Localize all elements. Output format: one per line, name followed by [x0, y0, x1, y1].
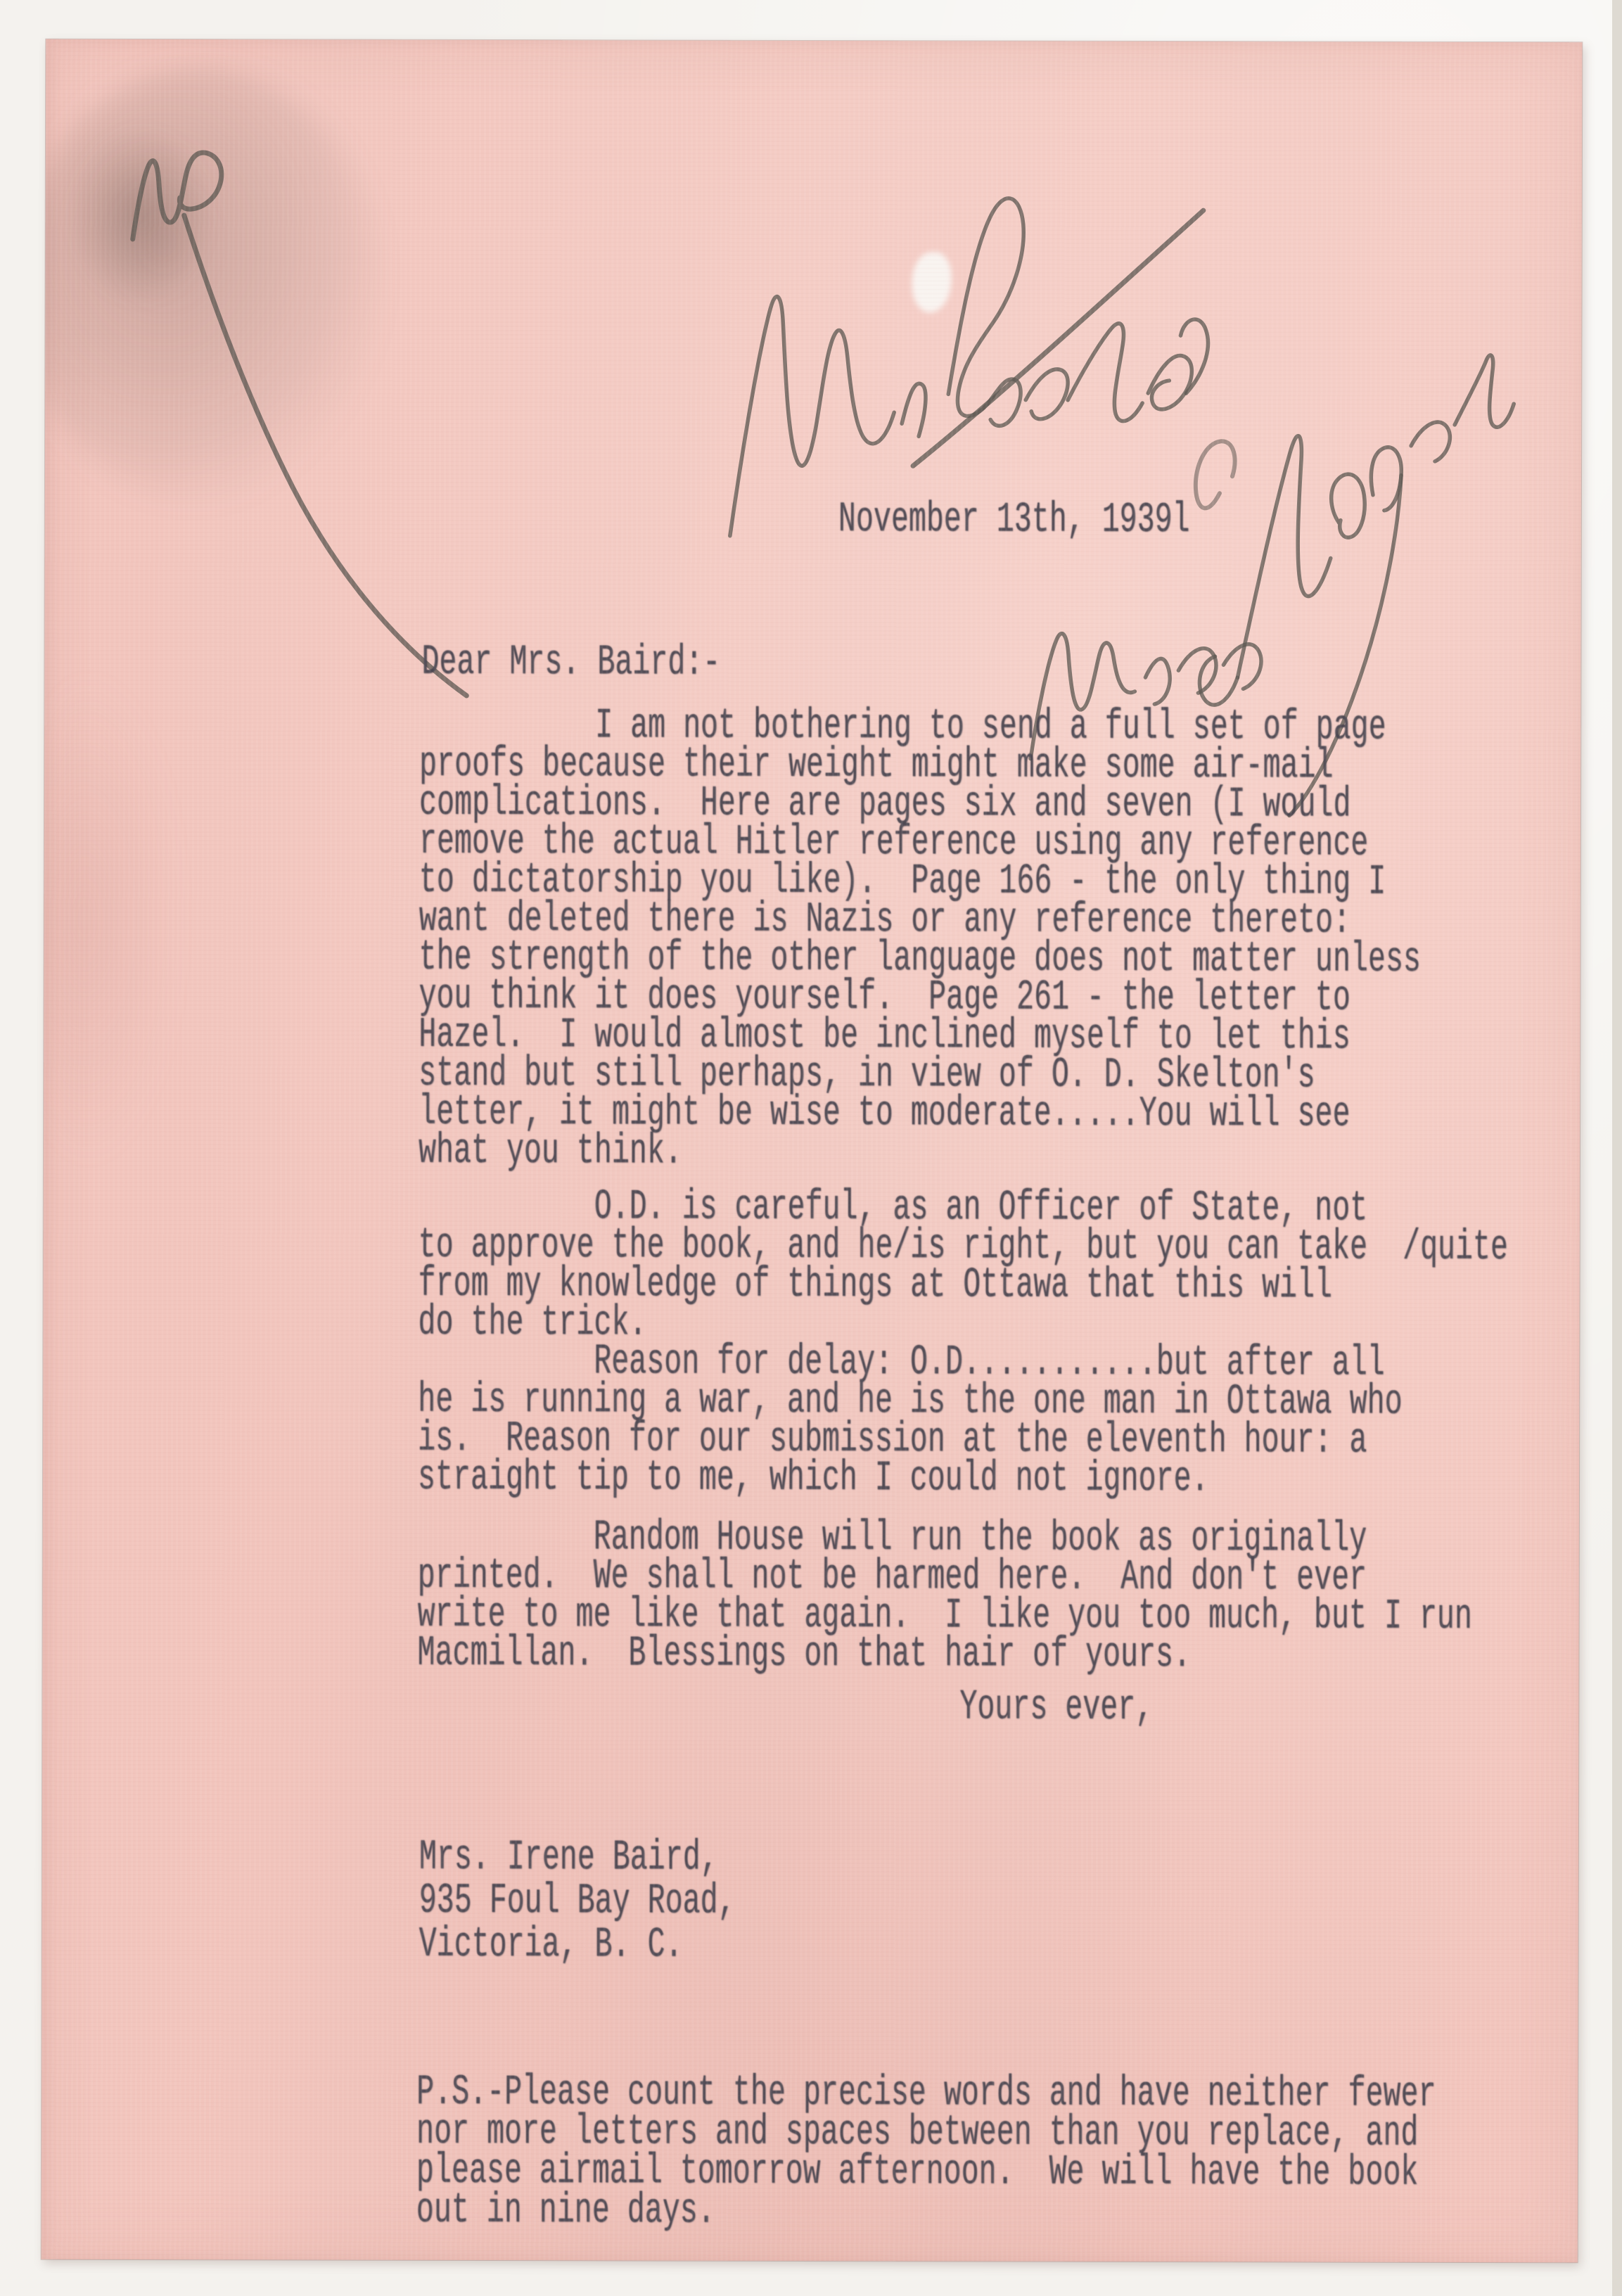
letter-paper: November 13th, 1939l Dear Mrs. Baird:- I… — [41, 39, 1583, 2263]
postscript: P.S.-Please count the precise words and … — [416, 2073, 1583, 2233]
pencil-strike-line — [913, 210, 1203, 466]
paper-damage-spot — [912, 252, 951, 312]
paragraph-4: Random House will run the book as origin… — [417, 1519, 1582, 1676]
paper-stain-top-left — [41, 68, 384, 504]
salutation: Dear Mrs. Baird:- — [421, 644, 1582, 685]
pencil-initials-me — [132, 153, 468, 696]
pencil-name-crossed-out — [730, 198, 1208, 537]
recipient-address: Mrs. Irene Baird, 935 Foul Bay Road, Vic… — [419, 1836, 1583, 1970]
paragraph-1: I am not bothering to send a full set of… — [419, 707, 1582, 1174]
date-line: November 13th, 1939l — [838, 501, 1582, 542]
scanned-letter-page: November 13th, 1939l Dear Mrs. Baird:- I… — [0, 0, 1622, 2296]
paper-stain-smudge — [67, 124, 215, 307]
paragraph-3: Reason for delay: O.D...........but afte… — [418, 1343, 1582, 1500]
closing-line: Yours ever, — [959, 1688, 1582, 1730]
paper-stain-left — [41, 672, 179, 1165]
paragraph-2: O.D. is careful, as an Officer of State,… — [418, 1188, 1582, 1346]
scanner-edge-strip — [1612, 0, 1622, 2296]
